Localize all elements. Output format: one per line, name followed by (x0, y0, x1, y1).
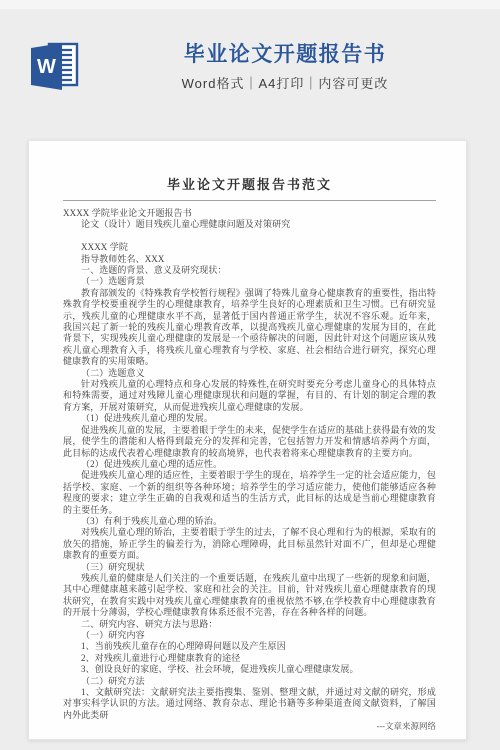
doc-source-note: ---文章来源网络 (63, 721, 436, 732)
doc-paragraph: 对残疾儿童心理的矫治，主要着眼于学生的过去，了解不良心理和行为的根源，采取有的放… (63, 527, 436, 561)
doc-paragraph: 论文（设计）题目残疾儿童心理健康问题及对策研究 (63, 219, 436, 230)
doc-paragraph: 指导教师姓名、XXX (63, 254, 436, 265)
doc-paragraph: XXXX 学院毕业论文开题报告书 (63, 208, 436, 219)
header-text: 毕业论文开题报告书 Word格式｜A4打印｜内容可更改 (82, 40, 488, 93)
doc-paragraph: （2）促进残疾儿童心理的适应性。 (63, 459, 436, 470)
document-page: 毕业论文开题报告书范文 XXXX 学院毕业论文开题报告书论文（设计）题目残疾儿童… (28, 140, 467, 740)
header: W 毕业论文开题报告书 Word格式｜A4打印｜内容可更改 (0, 0, 500, 140)
document-body: XXXX 学院毕业论文开题报告书论文（设计）题目残疾儿童心理健康问题及对策研究X… (63, 208, 436, 721)
doc-paragraph: 教育部颁发的《特殊教育学校暂行规程》强调了特殊儿童身心健康教育的重要性，指出特殊… (63, 288, 436, 368)
doc-paragraph: 针对残疾儿童的心理特点和身心发展的特殊性,在研究时要充分考虑儿童身心的具体特点和… (63, 379, 436, 413)
doc-paragraph: （3）有利于残疾儿童心理的矫治。 (63, 516, 436, 527)
doc-paragraph: 一、选题的背景、意义及研究现状： (63, 265, 436, 276)
doc-paragraph: （一）选题背景 (63, 276, 436, 287)
doc-paragraph: （二）研究方法 (63, 676, 436, 687)
doc-paragraph (63, 231, 436, 242)
template-preview-canvas: W 毕业论文开题报告书 Word格式｜A4打印｜内容可更改 毕业论文开题报告书范… (0, 0, 500, 750)
doc-paragraph: 二、研究内容、研究方法与思路： (63, 619, 436, 630)
doc-paragraph: （一）研究内容 (63, 630, 436, 641)
doc-paragraph: （1）促进残疾儿童心理的发展。 (63, 413, 436, 424)
doc-paragraph: XXXX 学院 (63, 242, 436, 253)
word-icon: W (28, 39, 82, 94)
doc-paragraph: （三）研究现状 (63, 562, 436, 573)
doc-paragraph: 促进残疾儿童心理的适应性，主要着眼于学生的现在，培养学生一定的社会适应能力，包括… (63, 470, 436, 516)
doc-paragraph: 1、当前残疾儿童存在的心理障碍问题以及产生原因 (63, 641, 436, 652)
doc-paragraph: 2、对残疾儿童进行心理健康教育的途径 (63, 653, 436, 664)
doc-paragraph: 促进残疾儿童的发展，主要着眼于学生的未来，促使学生在适应的基础上获得最有效的发展… (63, 425, 436, 459)
page-subtitle: Word格式｜A4打印｜内容可更改 (82, 75, 488, 93)
svg-text:W: W (37, 56, 56, 78)
doc-paragraph: （二）选题意义 (63, 368, 436, 379)
document-title: 毕业论文开题报告书范文 (63, 177, 436, 192)
page-title: 毕业论文开题报告书 (82, 40, 488, 70)
title-divider (63, 200, 436, 201)
doc-paragraph: 3、创设良好的家庭、学校、社会环境，促进残疾儿童心理健康发展。 (63, 664, 436, 675)
doc-paragraph: 残疾儿童的健康是人们关注的一个重要话题，在残疾儿童中出现了一些新的现象和问题，其… (63, 573, 436, 619)
doc-paragraph: 1、文献研究法：文献研究法主要指搜集、鉴别、整理文献，并通过对文献的研究，形成对… (63, 687, 436, 721)
